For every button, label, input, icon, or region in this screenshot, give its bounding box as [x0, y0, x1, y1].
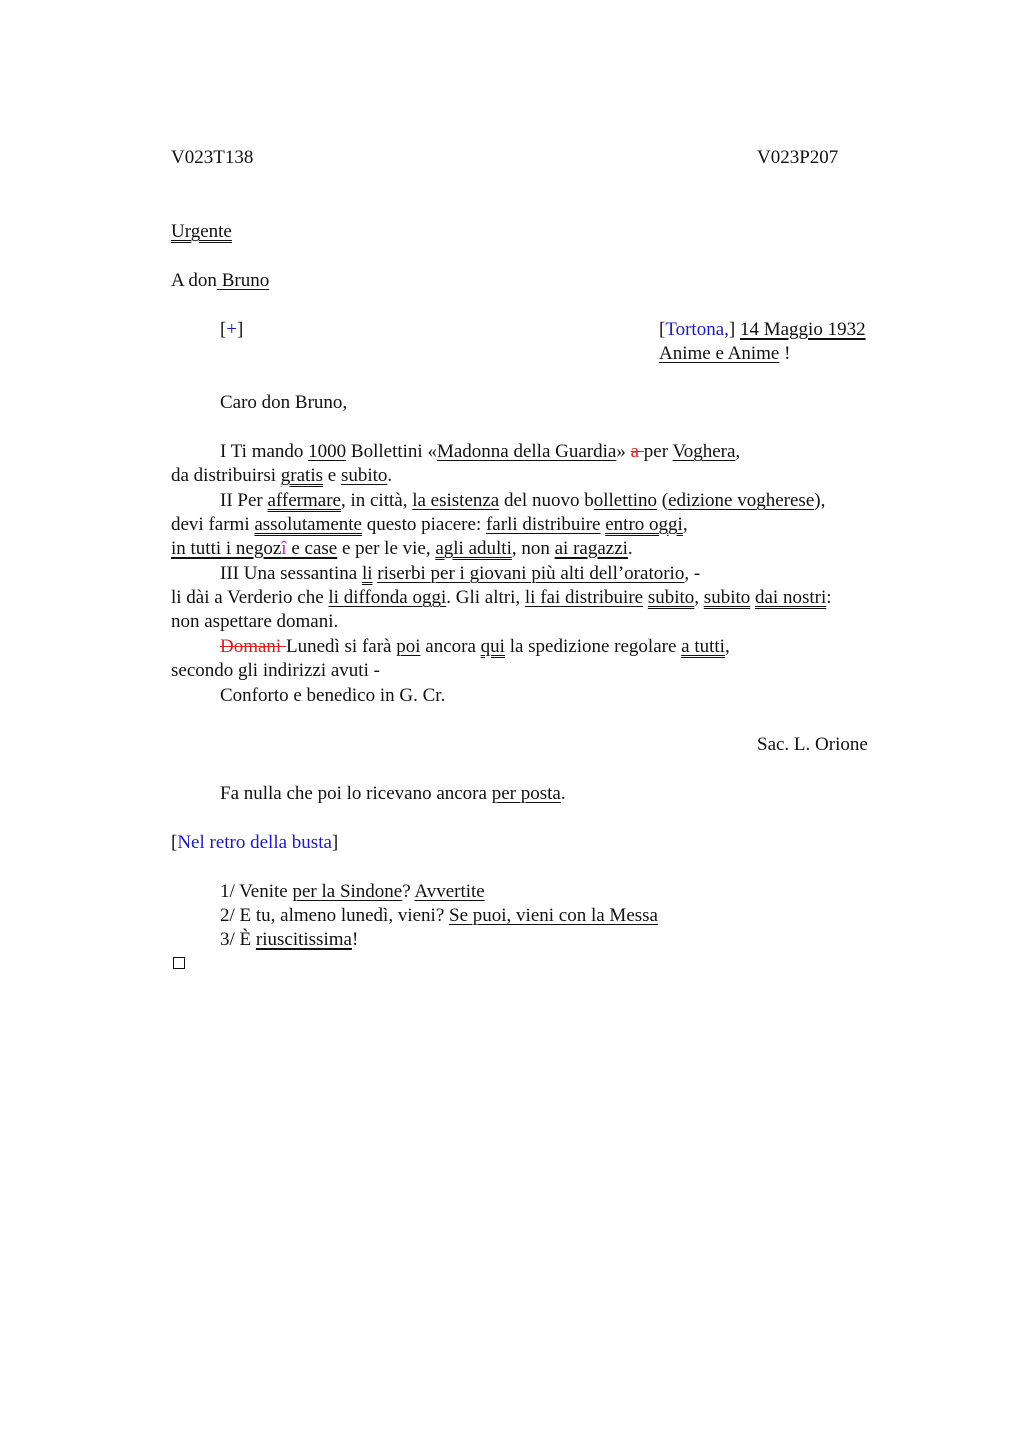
- paragraph-2-line-3: in tutti i negozî e case e per le vie, a…: [171, 537, 633, 561]
- note-1: 1/ Venite per la Sindone? Avvertite: [220, 880, 485, 904]
- end-square-icon: [173, 957, 185, 969]
- salutation: Caro don Bruno,: [220, 391, 347, 415]
- postscript: Fa nulla che poi lo ricevano ancora per …: [220, 782, 566, 806]
- dateline-date: 14 Maggio 1932: [740, 319, 866, 340]
- paragraph-4-line-1: Domani Lunedì si farà poi ancora qui la …: [220, 635, 730, 659]
- deleted-text: a: [631, 441, 644, 462]
- closing: Conforto e benedico in G. Cr.: [220, 684, 445, 708]
- motto: Anime e Anime !: [659, 342, 790, 366]
- paragraph-3-line-2: li dài a Verderio che li diffonda oggi. …: [171, 586, 832, 610]
- dateline: [Tortona,] 14 Maggio 1932: [659, 318, 866, 342]
- paragraph-4-line-2: secondo gli indirizzi avuti -: [171, 659, 380, 683]
- paragraph-2-line-1: II Per affermare, in città, la esistenza…: [220, 489, 825, 513]
- recipient-name: Bruno: [217, 270, 269, 291]
- paragraph-3-line-1: III Una sessantina li riserbi per i giov…: [220, 562, 700, 586]
- urgent-text: Urgente: [171, 221, 232, 242]
- paragraph-3-line-3: non aspettare domani.: [171, 610, 338, 634]
- signature: Sac. L. Orione: [757, 733, 868, 757]
- paragraph-1-line-2: da distribuirsi gratis e subito.: [171, 464, 392, 488]
- cross-mark: [+]: [220, 318, 243, 342]
- note-2: 2/ E tu, almeno lunedì, vieni? Se puoi, …: [220, 904, 658, 928]
- envelope-note: [Nel retro della busta]: [171, 831, 338, 855]
- note-3: 3/ È riuscitissima!: [220, 928, 358, 952]
- cross-icon: +: [226, 319, 237, 340]
- dateline-place: Tortona,: [665, 319, 729, 340]
- document-code-left: V023T138: [171, 146, 253, 170]
- paragraph-2-line-2: devi farmi assolutamente questo piacere:…: [171, 513, 688, 537]
- recipient: A don Bruno: [171, 269, 269, 293]
- deleted-text: Domani: [220, 636, 286, 657]
- document-code-right: V023P207: [757, 146, 838, 170]
- urgent-label: Urgente: [171, 220, 232, 244]
- paragraph-1-line-1: I Ti mando 1000 Bollettini «Madonna dell…: [220, 440, 740, 464]
